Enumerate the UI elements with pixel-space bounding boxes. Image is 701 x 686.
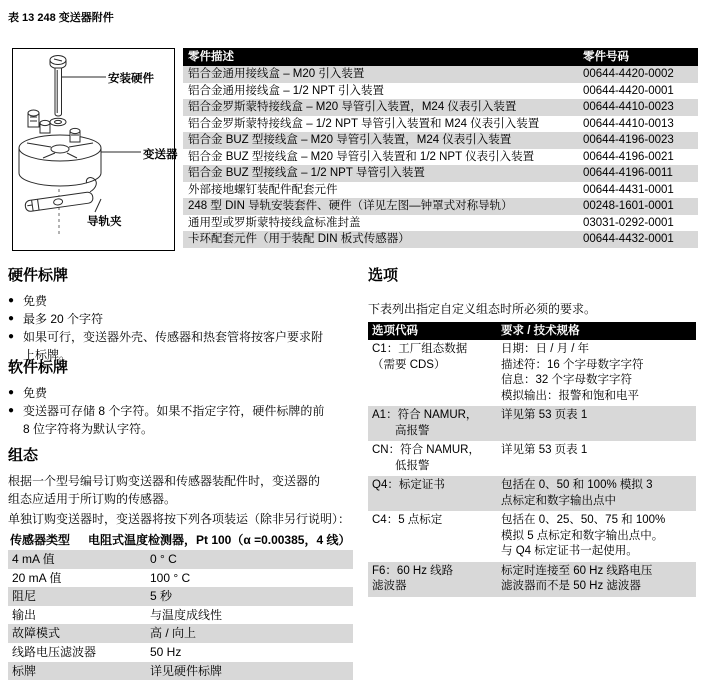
- configuration-shipping-note: 单独订购变送器时，变送器将按下列各项装运（除非另行说明）：: [8, 511, 373, 527]
- part-description: 外部接地螺钉装配件配套元件: [183, 182, 583, 199]
- part-description: 通用型或罗斯蒙特接线盒标准封盖: [183, 215, 583, 232]
- figure-label-rail-clip: 导轨夹: [87, 213, 122, 229]
- bullet-text: 最多 20 个字符: [23, 310, 360, 328]
- bullet-icon: ●: [8, 384, 23, 402]
- configuration-table: 传感器类型 电阻式温度检测器，Pt 100（α =0.00385，4 线） 4 …: [8, 530, 353, 680]
- table-row: C4：5 点标定包括在 0、25、50、75 和 100% 模拟 5 点标定和数…: [368, 511, 696, 562]
- table-row: 20 mA 值100 ° C: [8, 569, 353, 588]
- section-hardware-tag: 硬件标牌 ●免费 ●最多 20 个字符 ●如果可行，变送器外壳、传感器和热套管将…: [8, 264, 360, 364]
- option-requirement: 详见第 53 页表 1: [501, 408, 696, 439]
- page-title: 表 13 248 变送器附件: [8, 9, 114, 25]
- part-description: 铝合金通用接线盒 – M20 引入装置: [183, 66, 583, 83]
- part-number: 00644-4432-0001: [583, 231, 698, 248]
- config-value: 与温度成线性: [150, 606, 353, 625]
- parts-table: 零件描述 零件号码 铝合金通用接线盒 – M20 引入装置00644-4420-…: [183, 48, 698, 248]
- config-value: 详见硬件标牌: [150, 662, 353, 681]
- parts-header-description: 零件描述: [183, 48, 583, 66]
- part-number: 03031-0292-0001: [583, 215, 698, 232]
- config-label: 20 mA 值: [8, 569, 150, 588]
- part-description: 铝合金通用接线盒 – 1/2 NPT 引入装置: [183, 83, 583, 100]
- table-row: 铝合金 BUZ 型接线盒 – M20 导管引入装置和 1/2 NPT 仪表引入装…: [183, 149, 698, 166]
- part-description: 铝合金 BUZ 型接线盒 – M20 导管引入装置，M24 仪表引入装置: [183, 132, 583, 149]
- option-code: CN：符合 NAMUR， 低报警: [368, 443, 501, 474]
- option-requirement: 标定时连接至 60 Hz 线路电压 滤波器而不是 50 Hz 滤波器: [501, 564, 696, 595]
- table-row: 阻尼5 秒: [8, 587, 353, 606]
- heading-configuration: 组态: [8, 444, 360, 465]
- config-label: 故障模式: [8, 624, 150, 643]
- option-code: Q4：标定证书: [368, 478, 501, 509]
- section-options: 选项: [368, 264, 698, 292]
- table-row: CN：符合 NAMUR， 低报警详见第 53 页表 1: [368, 441, 696, 476]
- section-configuration: 组态 根据一个型号编号订购变送器和传感器装配件时，变送器的 组态应适用于所订购的…: [8, 444, 360, 508]
- list-item: ●免费: [8, 292, 360, 310]
- table-row: 248 型 DIN 导轨安装套件、硬件（详见左图—钟罩式对称导轨）00248-1…: [183, 198, 698, 215]
- part-number: 00644-4196-0011: [583, 165, 698, 182]
- table-row: 4 mA 值0 ° C: [8, 550, 353, 569]
- option-requirement: 详见第 53 页表 1: [501, 443, 696, 474]
- list-item: ●最多 20 个字符: [8, 310, 360, 328]
- sensor-type-label: 传感器类型: [8, 530, 88, 550]
- config-label: 标牌: [8, 662, 150, 681]
- part-number: 00644-4410-0023: [583, 99, 698, 116]
- part-number: 00644-4420-0001: [583, 83, 698, 100]
- table-row: 通用型或罗斯蒙特接线盒标准封盖03031-0292-0001: [183, 215, 698, 232]
- bullet-icon: ●: [8, 310, 23, 328]
- part-number: 00644-4431-0001: [583, 182, 698, 199]
- config-value: 高 / 向上: [150, 624, 353, 643]
- heading-hardware-tag: 硬件标牌: [8, 264, 360, 285]
- part-number: 00248-1601-0001: [583, 198, 698, 215]
- part-description: 卡环配套元件（用于装配 DIN 板式传感器）: [183, 231, 583, 248]
- part-description: 铝合金罗斯蒙特接线盒 – 1/2 NPT 导管引入装置和 M24 仪表引入装置: [183, 116, 583, 133]
- bullet-text: 免费: [23, 292, 360, 310]
- table-row: Q4：标定证书包括在 0、50 和 100% 模拟 3 点标定和数字输出点中: [368, 476, 696, 511]
- configuration-paragraph: 根据一个型号编号订购变送器和传感器装配件时，变送器的 组态应适用于所订购的传感器…: [8, 472, 360, 508]
- options-table-rows: C1：工厂组态数据 （需要 CDS）日期：日 / 月 / 年 描述符：16 个字…: [368, 340, 696, 597]
- option-code: C1：工厂组态数据 （需要 CDS）: [368, 342, 501, 404]
- screw-graphic: [50, 56, 66, 117]
- heading-software-tag: 软件标牌: [8, 356, 360, 377]
- part-number: 00644-4196-0021: [583, 149, 698, 166]
- config-value: 5 秒: [150, 587, 353, 606]
- parts-header-number: 零件号码: [583, 48, 698, 66]
- option-requirement: 日期：日 / 月 / 年 描述符：16 个字母数字字符 信息：32 个字母数字字…: [501, 342, 696, 404]
- config-label: 4 mA 值: [8, 550, 150, 569]
- part-description: 铝合金 BUZ 型接线盒 – M20 导管引入装置和 1/2 NPT 仪表引入装…: [183, 149, 583, 166]
- config-label: 输出: [8, 606, 150, 625]
- part-number: 00644-4196-0023: [583, 132, 698, 149]
- figure-label-transmitter: 变送器: [143, 146, 178, 162]
- parts-table-rows: 铝合金通用接线盒 – M20 引入装置00644-4420-0002 铝合金通用…: [183, 66, 698, 248]
- part-description: 铝合金罗斯蒙特接线盒 – M20 导管引入装置，M24 仪表引入装置: [183, 99, 583, 116]
- options-table: 选项代码 要求 / 技术规格 C1：工厂组态数据 （需要 CDS）日期：日 / …: [368, 322, 696, 597]
- table-row: F6：60 Hz 线路 滤波器标定时连接至 60 Hz 线路电压 滤波器而不是 …: [368, 562, 696, 597]
- table-row: 外部接地螺钉装配件配套元件00644-4431-0001: [183, 182, 698, 199]
- figure-box: 安装硬件 变送器 导轨夹: [12, 48, 175, 251]
- part-number: 00644-4410-0013: [583, 116, 698, 133]
- table-row: 铝合金通用接线盒 – M20 引入装置00644-4420-0002: [183, 66, 698, 83]
- section-software-tag: 软件标牌 ●免费 ●变送器可存储 8 个字符。如果不指定字符，硬件标牌的前 8 …: [8, 356, 360, 438]
- option-requirement: 包括在 0、50 和 100% 模拟 3 点标定和数字输出点中: [501, 478, 696, 509]
- table-row: 铝合金罗斯蒙特接线盒 – M20 导管引入装置，M24 仪表引入装置00644-…: [183, 99, 698, 116]
- washer-graphic: [50, 118, 66, 126]
- parts-table-header: 零件描述 零件号码: [183, 48, 698, 66]
- table-row: 输出与温度成线性: [8, 606, 353, 625]
- table-row: 铝合金 BUZ 型接线盒 – 1/2 NPT 导管引入装置00644-4196-…: [183, 165, 698, 182]
- configuration-table-rows: 4 mA 值0 ° C 20 mA 值100 ° C 阻尼5 秒 输出与温度成线…: [8, 550, 353, 680]
- option-code: F6：60 Hz 线路 滤波器: [368, 564, 501, 595]
- part-number: 00644-4420-0002: [583, 66, 698, 83]
- part-description: 铝合金 BUZ 型接线盒 – 1/2 NPT 导管引入装置: [183, 165, 583, 182]
- list-item: ●免费: [8, 384, 360, 402]
- table-row: 卡环配套元件（用于装配 DIN 板式传感器）00644-4432-0001: [183, 231, 698, 248]
- config-label: 阻尼: [8, 587, 150, 606]
- bullet-text: 变送器可存储 8 个字符。如果不指定字符，硬件标牌的前 8 位字符将为默认字符。: [23, 402, 360, 438]
- heading-options: 选项: [368, 264, 698, 285]
- leader-line-rail-clip: [95, 199, 101, 212]
- option-code: C4：5 点标定: [368, 513, 501, 560]
- table-row: 铝合金罗斯蒙特接线盒 – 1/2 NPT 导管引入装置和 M24 仪表引入装置0…: [183, 116, 698, 133]
- config-value: 50 Hz: [150, 643, 353, 662]
- configuration-table-header: 传感器类型 电阻式温度检测器，Pt 100（α =0.00385，4 线）: [8, 530, 353, 550]
- list-item: ●变送器可存储 8 个字符。如果不指定字符，硬件标牌的前 8 位字符将为默认字符…: [8, 402, 360, 438]
- bullet-icon: ●: [8, 292, 23, 310]
- options-intro: 下表列出指定自定义组态时所必须的要求。: [368, 300, 698, 317]
- bullet-icon: ●: [8, 402, 23, 438]
- option-requirement: 包括在 0、25、50、75 和 100% 模拟 5 点标定和数字输出点中。 与…: [501, 513, 696, 560]
- part-description: 248 型 DIN 导轨安装套件、硬件（详见左图—钟罩式对称导轨）: [183, 198, 583, 215]
- table-row: 铝合金通用接线盒 – 1/2 NPT 引入装置00644-4420-0001: [183, 83, 698, 100]
- options-table-header: 选项代码 要求 / 技术规格: [368, 322, 696, 340]
- table-row: C1：工厂组态数据 （需要 CDS）日期：日 / 月 / 年 描述符：16 个字…: [368, 340, 696, 406]
- figure-label-mounting-hardware: 安装硬件: [108, 70, 154, 86]
- table-row: 故障模式高 / 向上: [8, 624, 353, 643]
- options-header-code: 选项代码: [368, 322, 501, 340]
- table-row: 标牌详见硬件标牌: [8, 662, 353, 681]
- config-value: 100 ° C: [150, 569, 353, 588]
- config-value: 0 ° C: [150, 550, 353, 569]
- table-row: 线路电压滤波器50 Hz: [8, 643, 353, 662]
- option-code: A1：符合 NAMUR， 高报警: [368, 408, 501, 439]
- table-row: A1：符合 NAMUR， 高报警详见第 53 页表 1: [368, 406, 696, 441]
- options-header-req: 要求 / 技术规格: [501, 322, 696, 340]
- bullet-text: 免费: [23, 384, 360, 402]
- sensor-type-value: 电阻式温度检测器，Pt 100（α =0.00385，4 线）: [88, 530, 353, 550]
- config-label: 线路电压滤波器: [8, 643, 150, 662]
- table-row: 铝合金 BUZ 型接线盒 – M20 导管引入装置，M24 仪表引入装置0064…: [183, 132, 698, 149]
